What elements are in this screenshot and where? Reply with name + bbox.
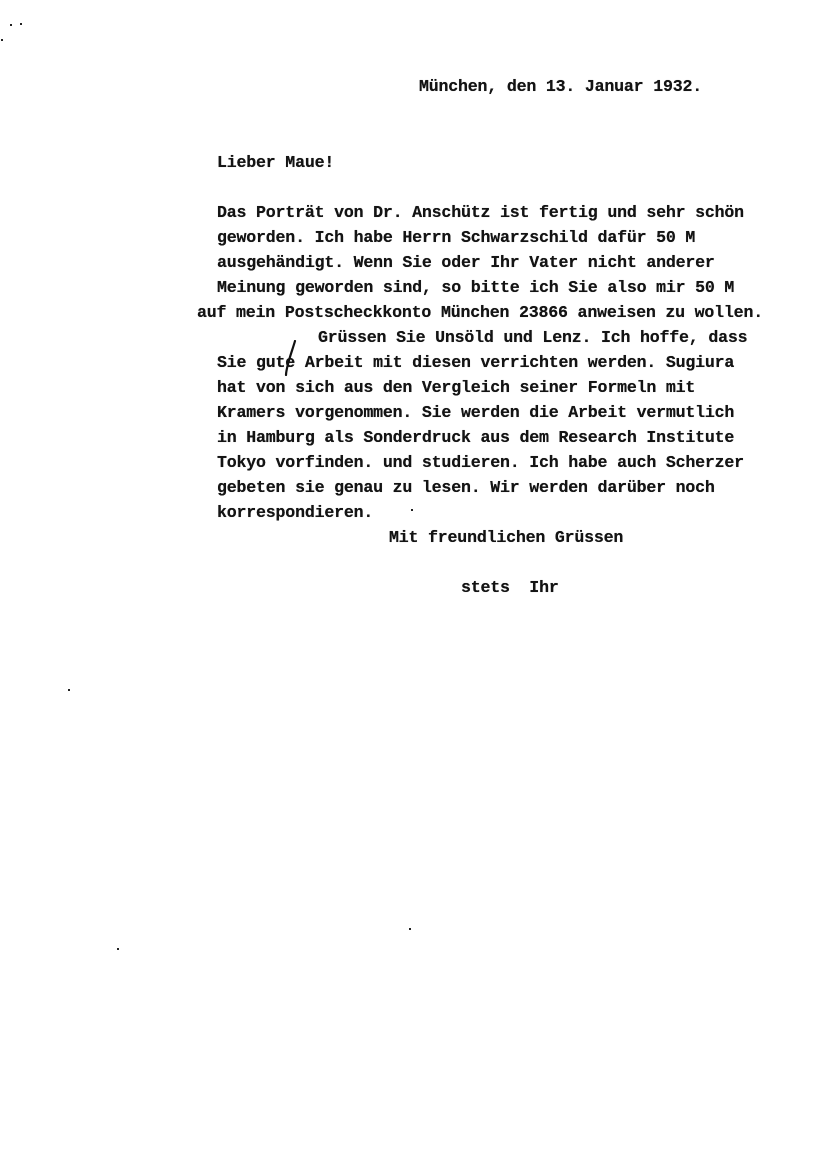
body-line: geworden. Ich habe Herrn Schwarzschild d… [217, 228, 695, 248]
scan-speck [20, 23, 22, 25]
scan-speck [409, 928, 411, 930]
signoff: stets Ihr [461, 578, 559, 598]
scan-speck [117, 948, 119, 950]
body-line: Das Porträt von Dr. Anschütz ist fertig … [217, 203, 744, 223]
scan-speck [411, 509, 413, 511]
body-line: in Hamburg als Sonderdruck aus dem Resea… [217, 428, 734, 448]
body-line: Tokyo vorfinden. und studieren. Ich habe… [217, 453, 744, 473]
dateline: München, den 13. Januar 1932. [419, 77, 702, 97]
closing: Mit freundlichen Grüssen [389, 528, 623, 548]
body-line: korrespondieren. [217, 503, 373, 523]
body-line: auf mein Postscheckkonto München 23866 a… [197, 303, 763, 323]
scan-speck [10, 24, 12, 26]
handwritten-correction-mark [284, 340, 298, 376]
salutation: Lieber Maue! [217, 153, 334, 173]
body-line: hat von sich aus den Vergleich seiner Fo… [217, 378, 695, 398]
body-line: Grüssen Sie Unsöld und Lenz. Ich hoffe, … [318, 328, 747, 348]
scan-speck [1, 39, 3, 41]
scan-speck [68, 689, 70, 691]
body-line: ausgehändigt. Wenn Sie oder Ihr Vater ni… [217, 253, 715, 273]
body-line: Kramers vorgenommen. Sie werden die Arbe… [217, 403, 734, 423]
letter-page: München, den 13. Januar 1932. Lieber Mau… [0, 0, 827, 1157]
body-line: Meinung geworden sind, so bitte ich Sie … [217, 278, 734, 298]
body-line: gebeten sie genau zu lesen. Wir werden d… [217, 478, 715, 498]
